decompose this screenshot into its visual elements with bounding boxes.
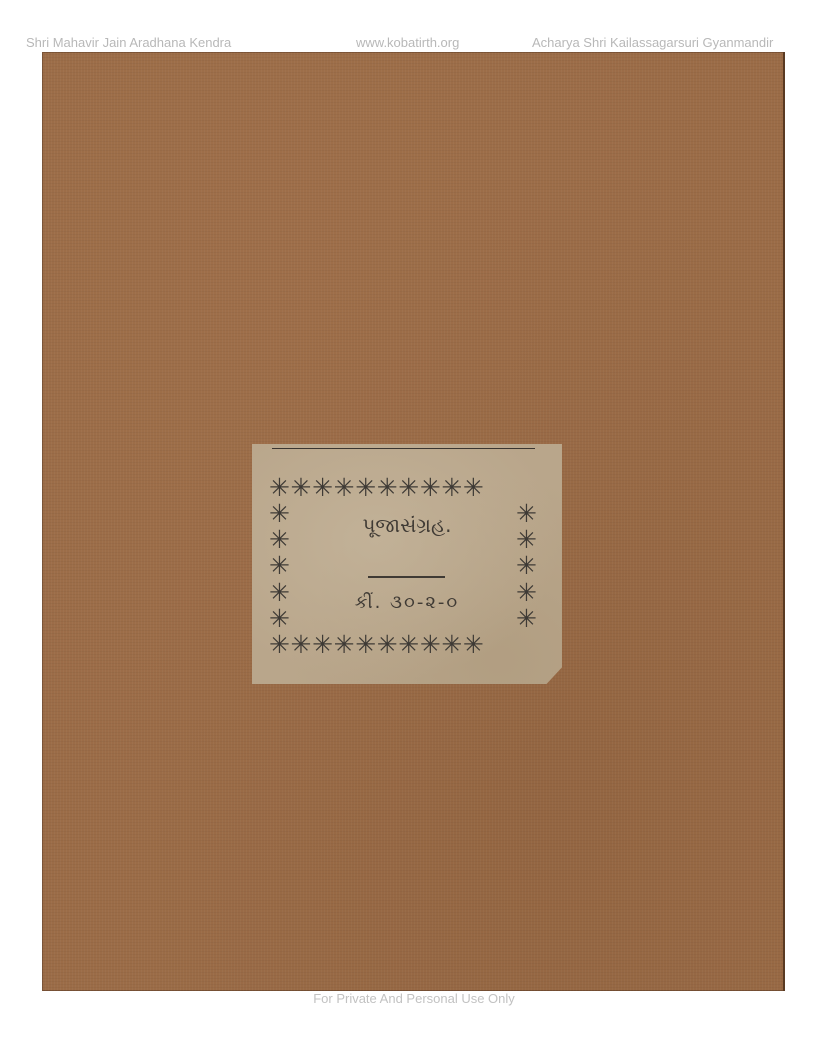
header-center-url: www.kobatirth.org [356, 35, 459, 50]
cover-edge [783, 52, 785, 991]
book-title: પૂજાસંગ્રહ. [252, 513, 562, 537]
star-border-top: ✳✳✳✳✳✳✳✳✳✳ [269, 475, 484, 501]
header-right-text: Acharya Shri Kailassagarsuri Gyanmandir [532, 35, 773, 50]
label-top-rule [272, 448, 535, 449]
cover-label: ✳✳✳✳✳✳✳✳✳✳ ✳ ✳ ✳ ✳ ✳ ✳ ✳ ✳ ✳ ✳ ✳✳✳✳✳✳✳✳✳… [252, 444, 562, 684]
star-border-bottom: ✳✳✳✳✳✳✳✳✳✳ [269, 632, 484, 658]
book-price: કીં. ૩૦-૨-૦ [252, 592, 562, 613]
title-separator [368, 576, 445, 578]
star-icon: ✳ [269, 553, 291, 579]
star-icon: ✳ [516, 553, 538, 579]
header-left-text: Shri Mahavir Jain Aradhana Kendra [26, 35, 231, 50]
footer-text: For Private And Personal Use Only [0, 991, 828, 1006]
